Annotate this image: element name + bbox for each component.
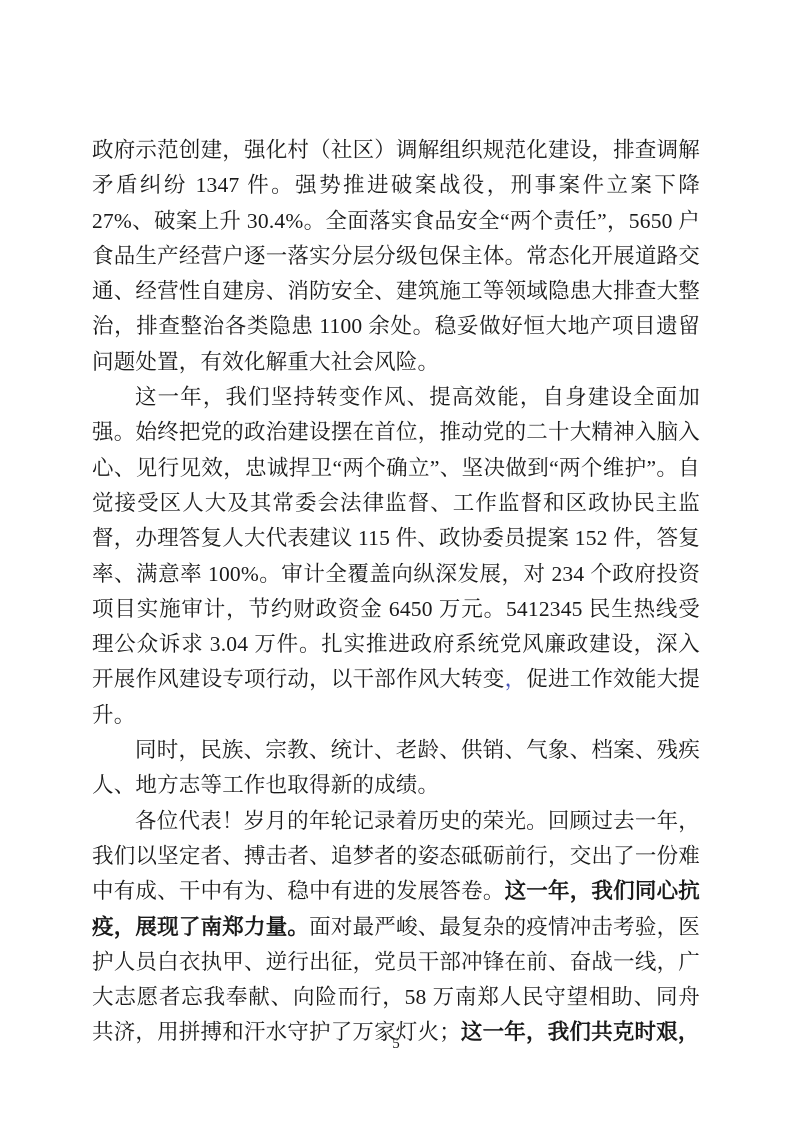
paragraph-year-review: 各位代表！岁月的年轮记录着历史的荣光。回顾过去一年，我们以坚定者、搏击者、追梦者… bbox=[92, 804, 700, 1051]
paragraph-other-work: 同时，民族、宗教、统计、老龄、供销、气象、档案、残疾人、地方志等工作也取得新的成… bbox=[92, 733, 700, 804]
page-number: 5 bbox=[0, 1036, 792, 1053]
text-run: 政府示范创建，强化村（社区）调解组织规范化建设，排查调解矛盾纠纷 1347 件。… bbox=[92, 138, 700, 374]
document-page: 政府示范创建，强化村（社区）调解组织规范化建设，排查调解矛盾纠纷 1347 件。… bbox=[0, 0, 792, 1121]
paragraph-self-construction: 这一年，我们坚持转变作风、提高效能，自身建设全面加强。始终把党的政治建设摆在首位… bbox=[92, 380, 700, 733]
blue-comma: ， bbox=[505, 667, 527, 691]
document-body: 政府示范创建，强化村（社区）调解组织规范化建设，排查调解矛盾纠纷 1347 件。… bbox=[92, 133, 700, 1051]
paragraph-governance-and-safety: 政府示范创建，强化村（社区）调解组织规范化建设，排查调解矛盾纠纷 1347 件。… bbox=[92, 133, 700, 380]
text-run: 这一年，我们坚持转变作风、提高效能，自身建设全面加强。始终把党的政治建设摆在首位… bbox=[92, 385, 700, 691]
text-run: 同时，民族、宗教、统计、老龄、供销、气象、档案、残疾人、地方志等工作也取得新的成… bbox=[92, 738, 700, 797]
